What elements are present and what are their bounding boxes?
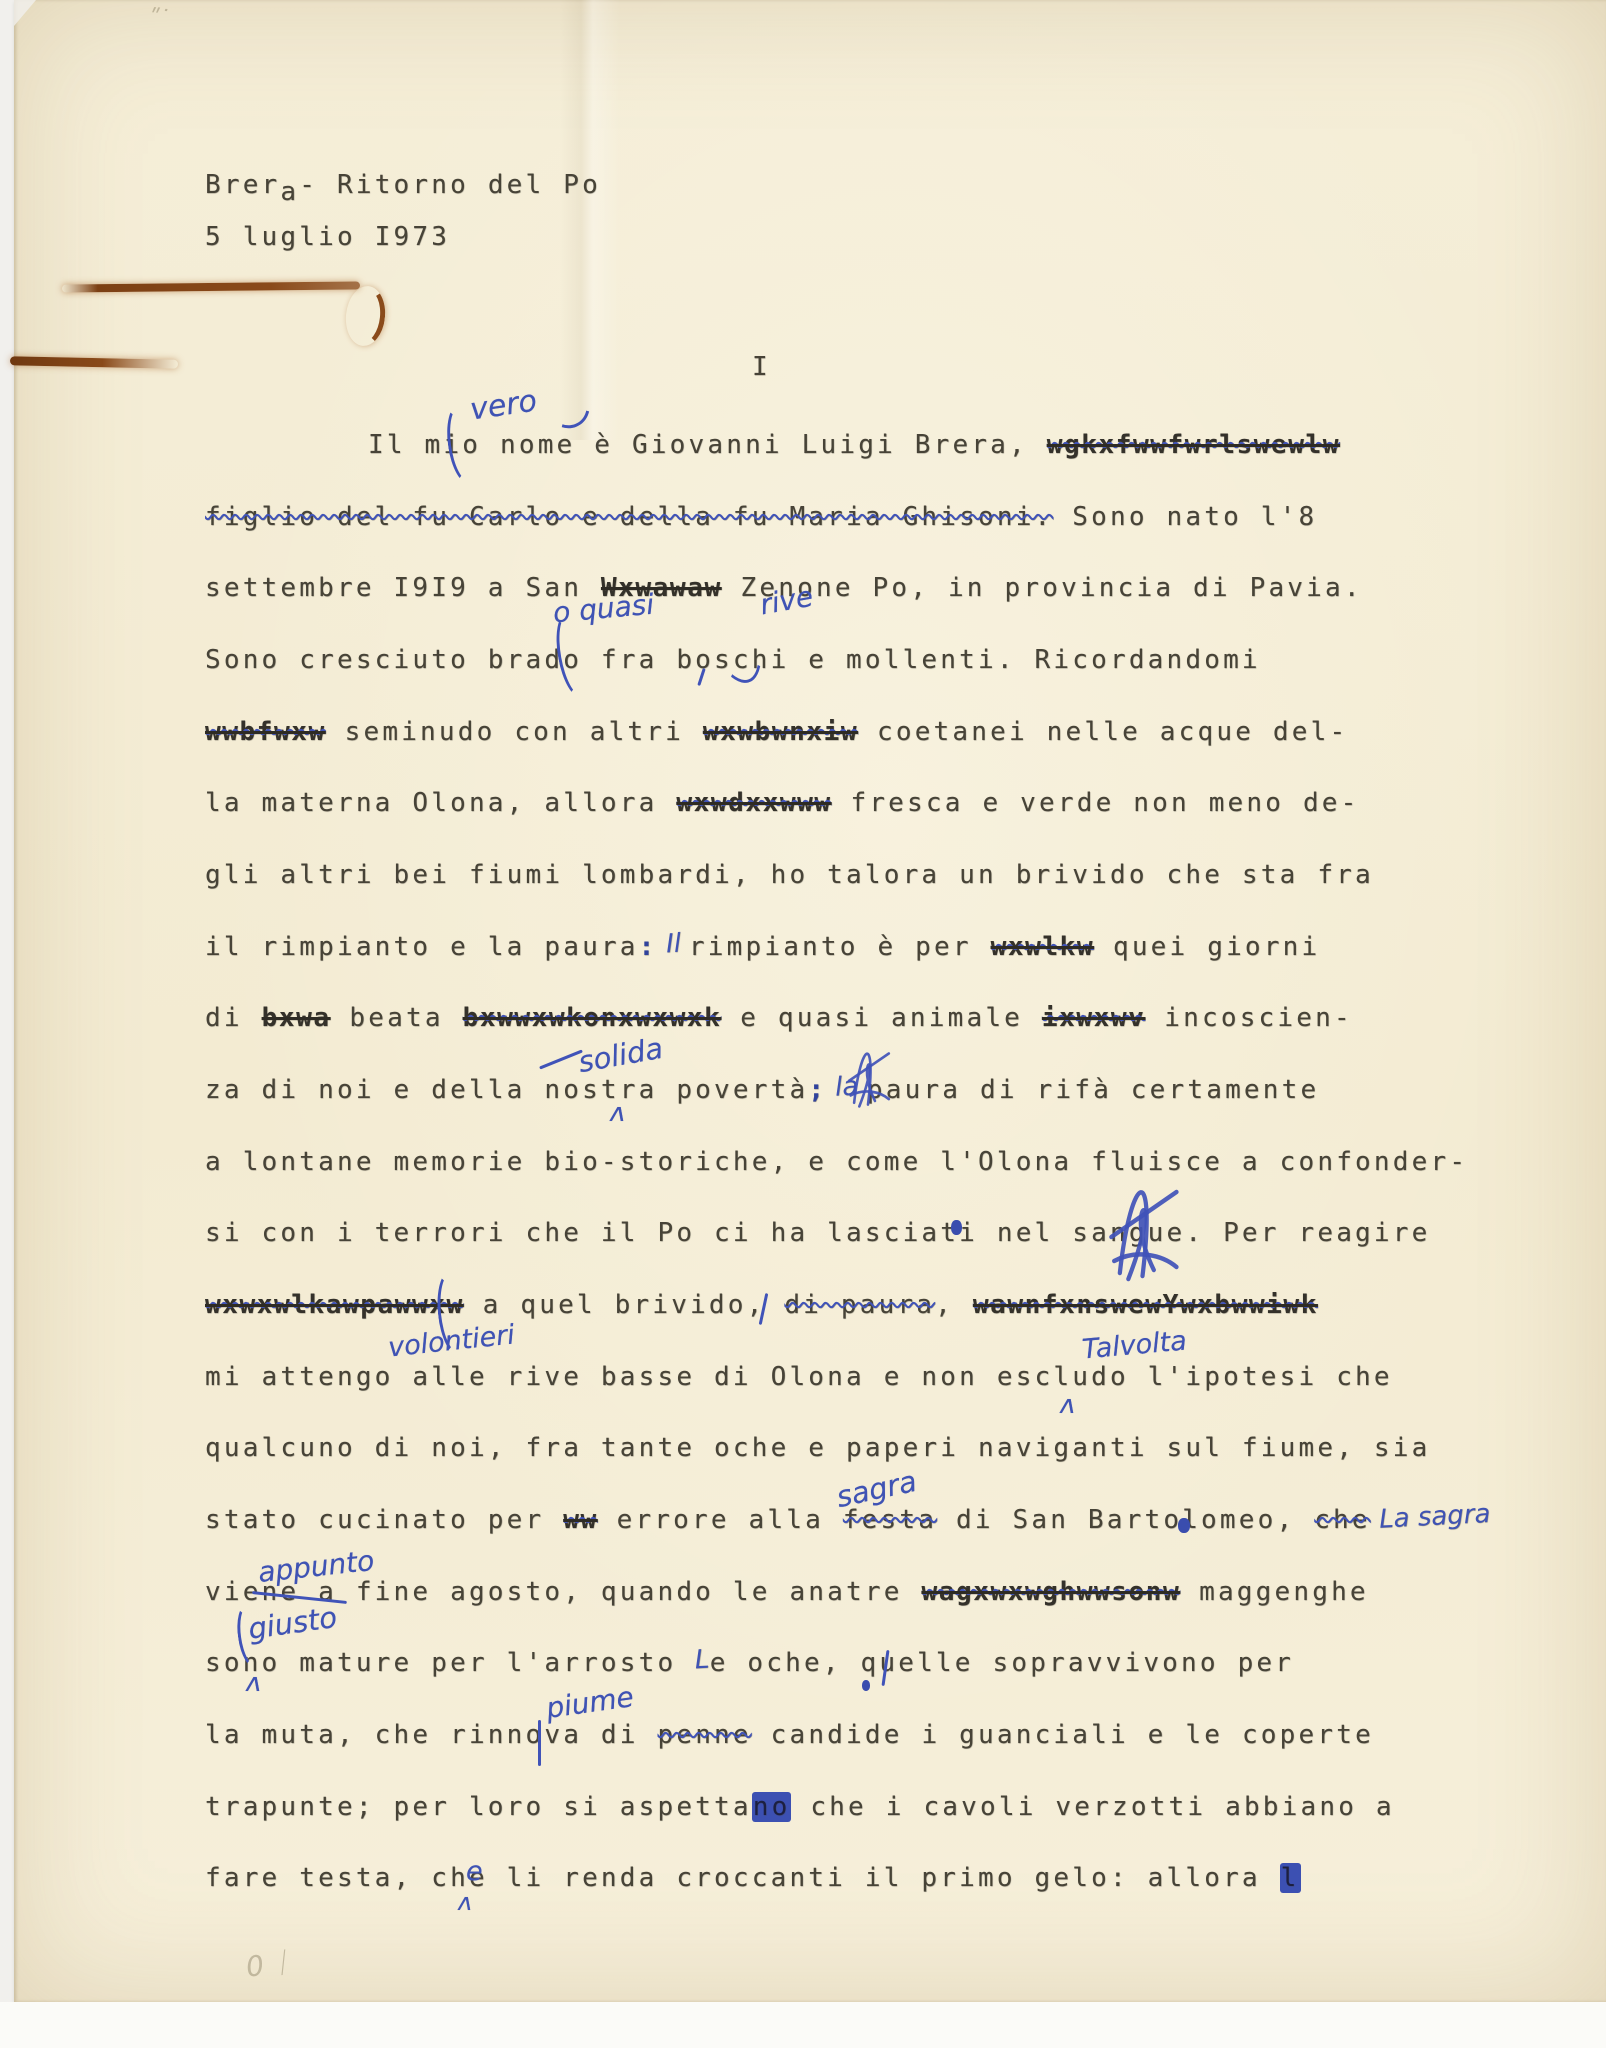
handwritten-note: e	[466, 1856, 483, 1887]
typed-text: paura di rifà certamente	[867, 1075, 1319, 1105]
struck-text-ink-and-type: wxwlkw	[991, 932, 1095, 962]
typescript-line: mi attengo alle rive basse di Olona e no…	[205, 1362, 1393, 1392]
typescript-line: fare testa, che li renda croccanti il pr…	[205, 1863, 1301, 1893]
typescript-line: wwbfwxw seminudo con altri wxwbwnxiw coe…	[205, 717, 1348, 747]
typed-text: di	[205, 1003, 262, 1033]
typescript-line: sono mature per l'arrosto Le oche, quell…	[205, 1648, 1294, 1678]
typed-text: fresca e verde non meno de-	[832, 788, 1360, 818]
manuscript-photo: { "meta": { "description": "Typewritten …	[0, 0, 1606, 2048]
typed-text: gli altri bei fiumi lombardi, ho talora …	[205, 860, 1374, 890]
ink-scribble	[1100, 1150, 1185, 1285]
typed-text: di San Bartolomeo,	[937, 1505, 1314, 1535]
struck-text-ink-and-type: wxwbwnxiw	[703, 717, 858, 747]
typed-text: il rimpianto e la paura	[205, 932, 639, 962]
handwritten-inline: La sagra	[1370, 1499, 1491, 1535]
document-title: Brera- Ritorno del Po	[205, 170, 601, 200]
ink-overwritten-char: :	[639, 932, 658, 962]
typed-text: incoscien-	[1145, 1003, 1352, 1033]
struck-text-ink-and-type: wxwdxxwww	[676, 788, 831, 818]
typescript-line: la materna Olona, allora wxwdxxwww fresc…	[205, 788, 1360, 818]
typed-text: za di noi e della nostra povertà	[205, 1075, 808, 1105]
manuscript-paper	[14, 0, 1606, 2002]
typed-text: qualcuno di noi, fra tante oche e paperi…	[205, 1433, 1430, 1463]
struck-text-ink-and-type: wawnfxnswewYwxbwwiwk	[973, 1290, 1318, 1320]
ink-struck-text: di paura	[784, 1290, 935, 1320]
typed-text: rimpianto è per	[689, 932, 991, 962]
typed-text: trapunte; per loro si aspetta	[205, 1792, 752, 1822]
typed-text: la muta, che rinnova di	[205, 1720, 657, 1750]
typescript-line: qualcuno di noi, fra tante oche e paperi…	[205, 1433, 1430, 1463]
ink-overwritten-char: ;	[808, 1075, 827, 1105]
paper-crease	[560, 0, 620, 440]
typed-text: beata	[331, 1003, 463, 1033]
typed-text: nome è Giovanni Luigi Brera,	[500, 430, 1047, 460]
typescript-line: viene a fine agosto, quando le anatre wa…	[205, 1577, 1369, 1607]
typescript-line: la muta, che rinnova di penne candide i …	[205, 1720, 1374, 1750]
struck-text-ink-and-type: ww	[563, 1505, 598, 1535]
typed-text: che i cavoli verzotti abbiano a	[791, 1792, 1394, 1822]
struck-text-ink-and-type: wagxwxwghwwsonw	[921, 1577, 1180, 1607]
typescript-line: il rimpianto e la paura: Il rimpianto è …	[205, 932, 1320, 962]
typed-text: stato cucinato per	[205, 1505, 563, 1535]
typed-text: e oche, quelle sopravvivono per	[710, 1648, 1294, 1678]
pencil-mark: ʺ˙	[147, 5, 170, 31]
struck-text-ink-and-type: ixwxwv	[1042, 1003, 1146, 1033]
typescript-line: Il mio nome è Giovanni Luigi Brera, wgkx…	[368, 430, 1340, 460]
ink-struck-text: che	[1314, 1505, 1371, 1535]
typescript-line: figlio del fu Carlo e della fu Maria Ghi…	[205, 502, 1317, 532]
pencil-mark: 0 ᛁ	[244, 1945, 292, 1984]
ink-caret: ʌ	[246, 1668, 261, 1698]
typescript-line: gli altri bei fiumi lombardi, ho talora …	[205, 860, 1374, 890]
ink-dot	[951, 1220, 962, 1235]
typescript-line: trapunte; per loro si aspettano che i ca…	[205, 1792, 1395, 1822]
ink-dot	[1178, 1518, 1190, 1533]
typed-text: coetanei nelle acque del-	[858, 717, 1348, 747]
ink-caret: ʌ	[610, 1098, 625, 1128]
typed-text: ,	[935, 1290, 973, 1320]
typed-text: a quel brivido,	[464, 1290, 785, 1320]
typescript-line: si con i terrori che il Po ci ha lasciat…	[205, 1218, 1430, 1248]
typed-text: settembre I9I9 a San	[205, 573, 601, 603]
typed-text: fare testa, che li renda croccanti il pr…	[205, 1863, 1280, 1893]
typed-text: a lontane memorie bio-storiche, e come l…	[205, 1147, 1468, 1177]
section-number: I	[752, 352, 771, 382]
typed-over-text: bxwa	[262, 1003, 331, 1033]
struck-text-ink-and-type: bxwwxwkonxwxwxk	[463, 1003, 722, 1033]
typed-text: Zenone Po, in provincia di Pavia.	[722, 573, 1363, 603]
ink-struck-text: figlio del fu Carlo e della fu Maria Ghi…	[205, 502, 1053, 532]
typescript-line: di bxwa beata bxwwxwkonxwxwxk e quasi an…	[205, 1003, 1353, 1033]
typed-text: errore alla	[598, 1505, 843, 1535]
typed-text: mi attengo alle rive basse di Olona e no…	[205, 1362, 1393, 1392]
photo-background-strip	[0, 2002, 1606, 2048]
typed-text: quei giorni	[1094, 932, 1320, 962]
ink-dot	[862, 1680, 870, 1691]
ink-caret: ʌ	[458, 1888, 472, 1916]
typed-text: seminudo con altri	[326, 717, 703, 747]
struck-text-ink-and-type: wxwxwlkawpawwxw	[205, 1290, 464, 1320]
handwritten-inline: L	[694, 1645, 710, 1676]
struck-text-ink-and-type: wwbfwxw	[205, 717, 326, 747]
document-date: 5 luglio I973	[205, 222, 450, 252]
typed-text: Sono nato l'8	[1053, 502, 1317, 532]
title-subscript: a	[280, 177, 299, 207]
ink-struck-text: penne	[657, 1720, 751, 1750]
ink-blotted-text: no	[752, 1792, 792, 1822]
ink-stroke	[538, 1720, 541, 1766]
typed-text: sono mature per l'arrosto	[205, 1648, 695, 1678]
ink-scribble	[842, 1028, 894, 1110]
typed-text: candide i guanciali e le coperte	[752, 1720, 1374, 1750]
paper-corner	[14, 0, 36, 26]
typed-text: si con i terrori che il Po ci ha lasciat…	[205, 1218, 1430, 1248]
typescript-line: za di noi e della nostra povertà; la pau…	[205, 1075, 1319, 1105]
ink-blotted-text: l	[1280, 1863, 1301, 1893]
struck-text-ink-and-type: wgkxfwwfwrlswewlw	[1047, 430, 1340, 460]
handwritten-inline: Il	[657, 928, 690, 960]
ink-caret: ʌ	[1060, 1390, 1075, 1420]
typed-text: la materna Olona, allora	[205, 788, 676, 818]
typescript-line: a lontane memorie bio-storiche, e come l…	[205, 1147, 1468, 1177]
typed-text: maggenghe	[1180, 1577, 1369, 1607]
